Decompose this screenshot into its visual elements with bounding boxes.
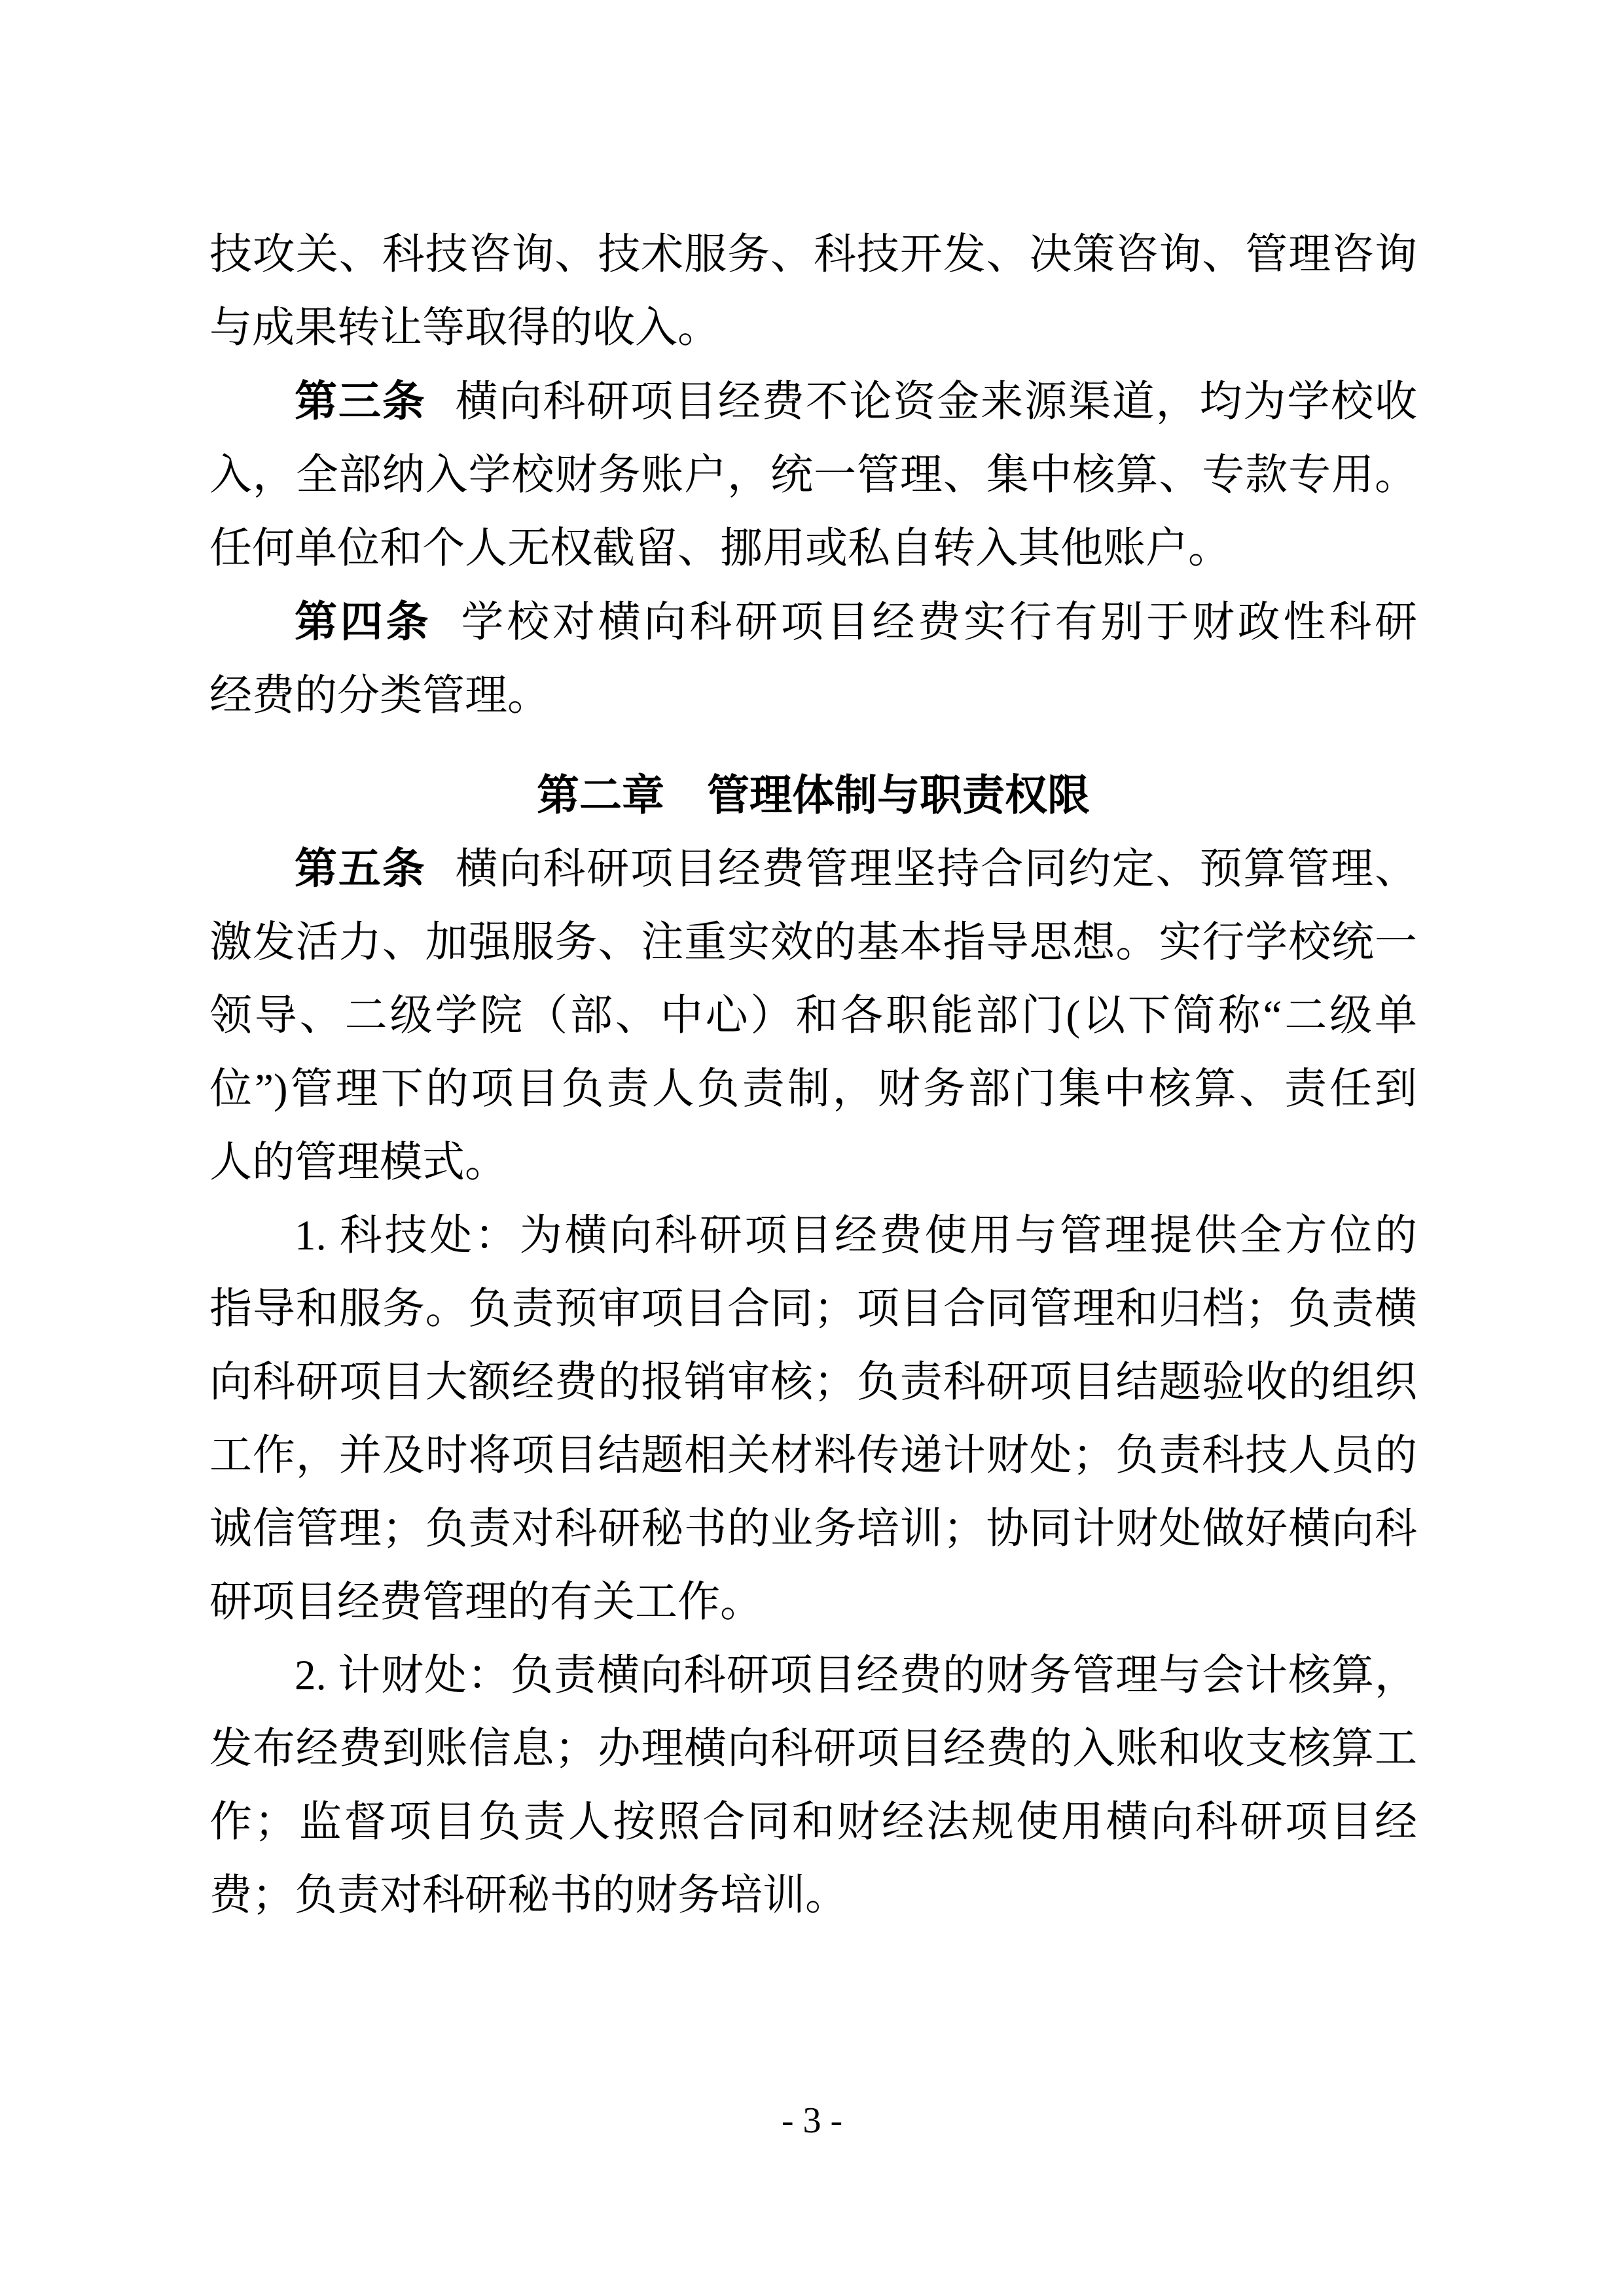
chapter-heading: 第二章 管理体制与职责权限	[209, 759, 1417, 832]
text-line: 位”)管理下的项目负责人负责制，财务部门集中核算、责任到	[209, 1052, 1417, 1126]
text-line: 任何单位和个人无权截留、挪用或私自转入其他账户。	[209, 512, 1417, 585]
text-line: 人的管理模式。	[209, 1126, 1417, 1199]
text-line: 第五条横向科研项目经费管理坚持合同约定、预算管理、	[209, 832, 1417, 906]
text-line: 与成果转让等取得的收入。	[209, 291, 1417, 365]
text-line: 向科研项目大额经费的报销审核；负责科研项目结题验收的组织	[209, 1346, 1417, 1419]
text-line: 指导和服务。负责预审项目合同；项目合同管理和归档；负责横	[209, 1272, 1417, 1346]
text-line: 工作，并及时将项目结题相关材料传递计财处；负责科技人员的	[209, 1419, 1417, 1492]
text-line: 1. 科技处：为横向科研项目经费使用与管理提供全方位的	[209, 1199, 1417, 1272]
text-line: 费；负责对科研秘书的财务培训。	[209, 1859, 1417, 1932]
article-number: 第四条	[295, 598, 431, 645]
page-number: - 3 -	[0, 2098, 1624, 2144]
text-line: 第四条学校对横向科研项目经费实行有别于财政性科研	[209, 585, 1417, 659]
text-line: 发布经费到账信息；办理横向科研项目经费的入账和收支核算工	[209, 1712, 1417, 1785]
document-page: 技攻关、科技咨询、技术服务、科技开发、决策咨询、管理咨询与成果转让等取得的收入。…	[0, 0, 1624, 2296]
text-line: 诚信管理；负责对科研秘书的业务培训；协同计财处做好横向科	[209, 1492, 1417, 1566]
article-number: 第三条	[295, 377, 426, 425]
text-line: 经费的分类管理。	[209, 659, 1417, 732]
article-number: 第五条	[295, 844, 426, 892]
text-line: 入，全部纳入学校财务账户，统一管理、集中核算、专款专用。	[209, 439, 1417, 512]
text-line: 领导、二级学院（部、中心）和各职能部门(以下简称“二级单	[209, 979, 1417, 1052]
text-line: 2. 计财处：负责横向科研项目经费的财务管理与会计核算，	[209, 1639, 1417, 1712]
text-line: 作；监督项目负责人按照合同和财经法规使用横向科研项目经	[209, 1785, 1417, 1859]
document-body: 技攻关、科技咨询、技术服务、科技开发、决策咨询、管理咨询与成果转让等取得的收入。…	[209, 218, 1417, 1932]
text-line: 激发活力、加强服务、注重实效的基本指导思想。实行学校统一	[209, 906, 1417, 979]
text-line: 研项目经费管理的有关工作。	[209, 1566, 1417, 1639]
text-line: 第三条横向科研项目经费不论资金来源渠道，均为学校收	[209, 365, 1417, 439]
text-line: 技攻关、科技咨询、技术服务、科技开发、决策咨询、管理咨询	[209, 218, 1417, 291]
